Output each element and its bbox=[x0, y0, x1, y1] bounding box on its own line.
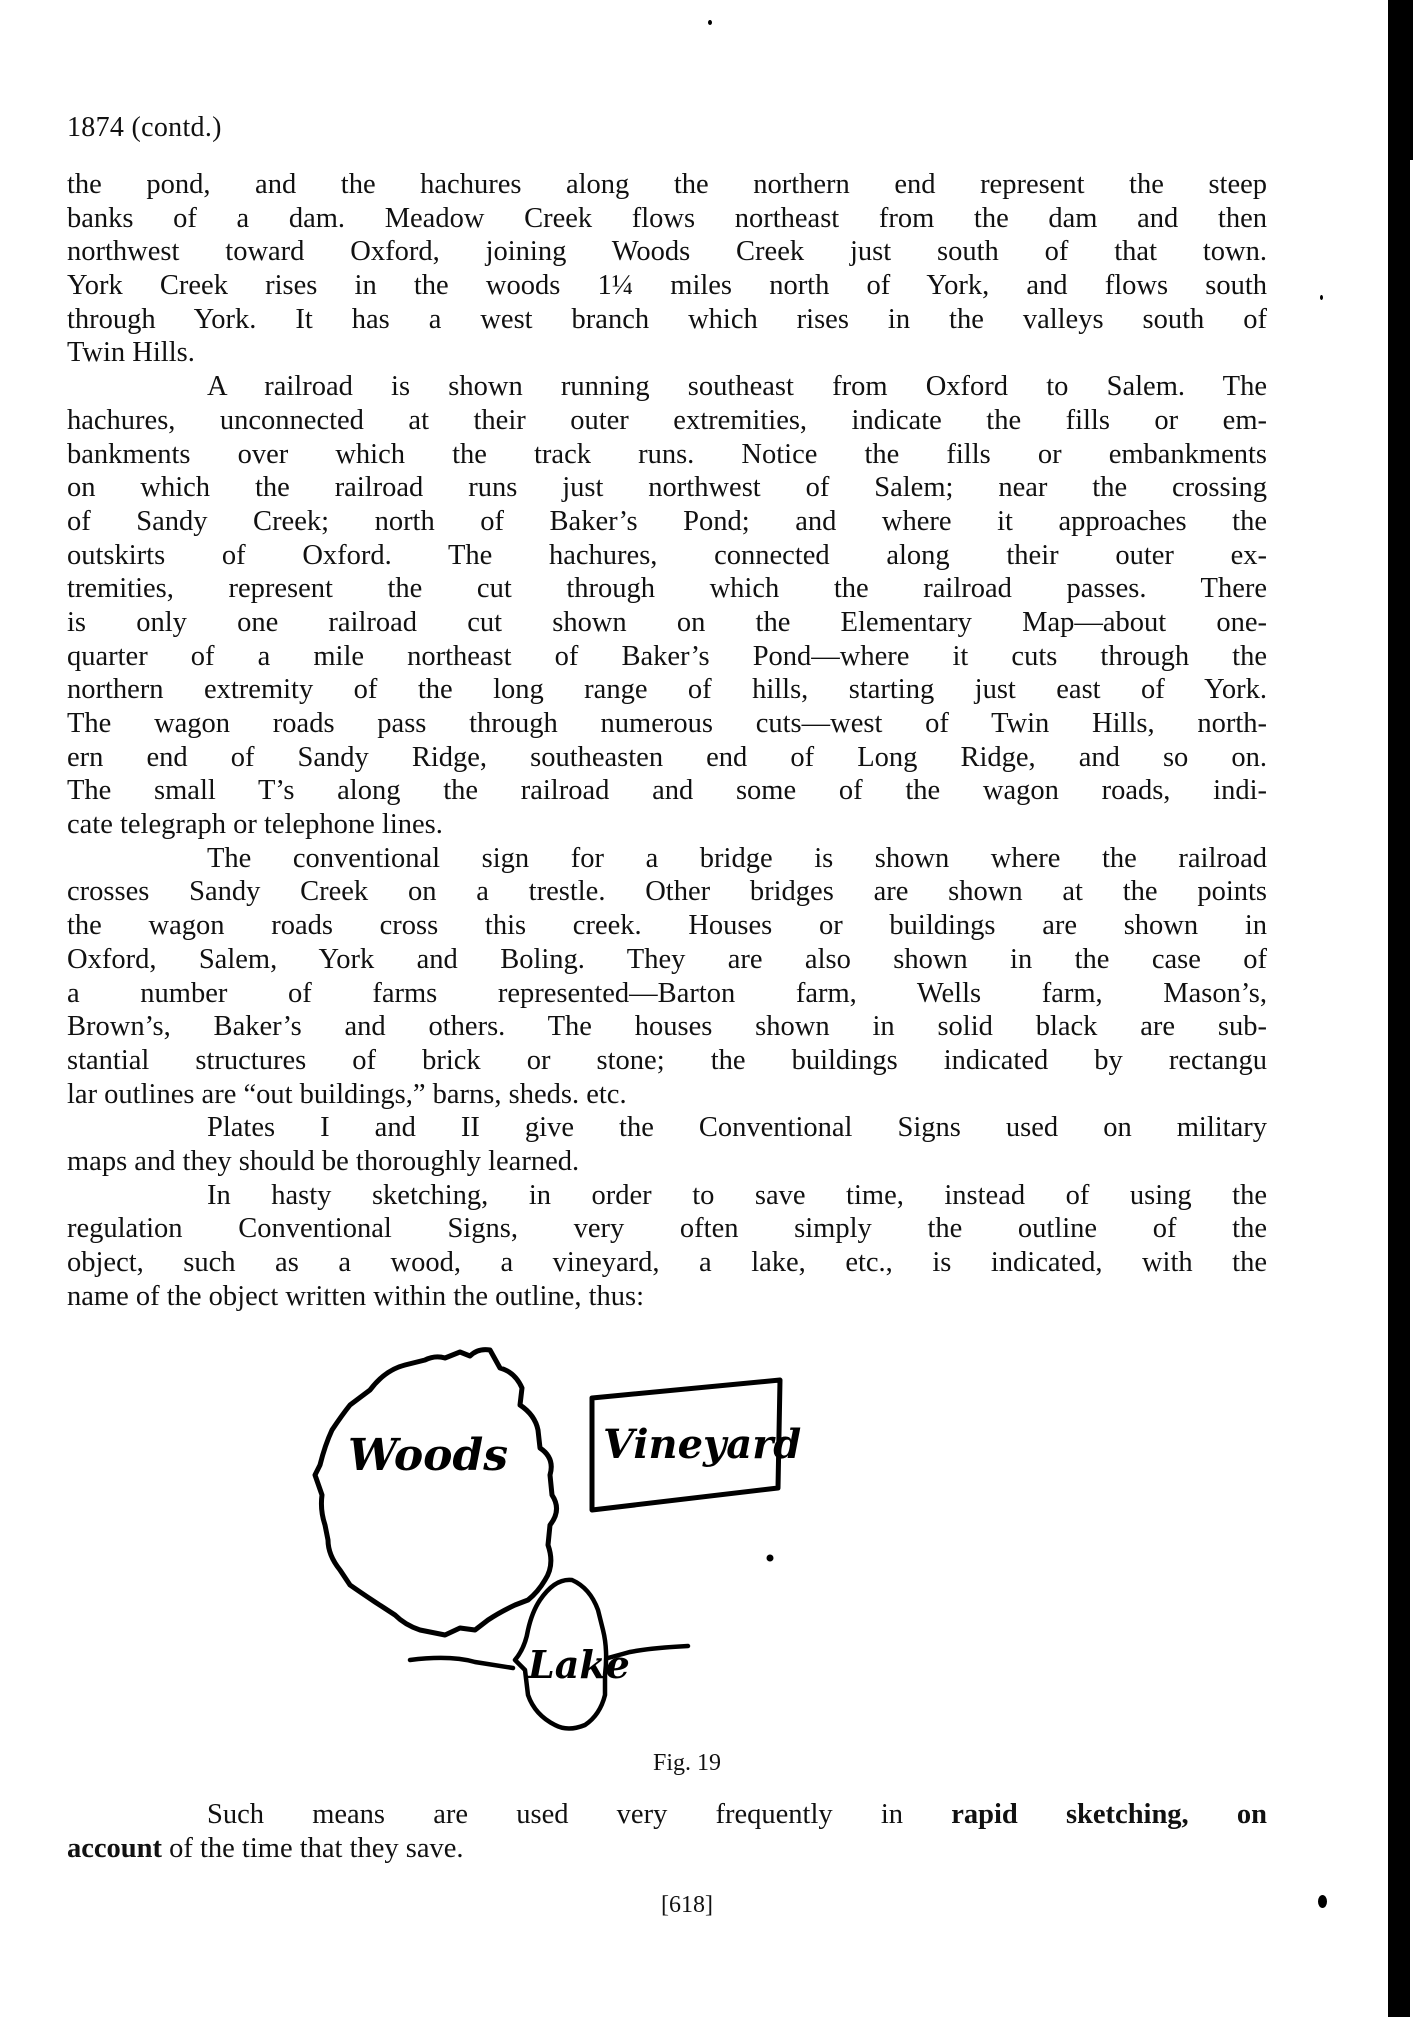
text-line: quarter of a mile northeast of Baker’s P… bbox=[67, 640, 1267, 674]
text-line: outskirts of Oxford. The hachures, conne… bbox=[67, 539, 1267, 573]
page-number-text: [618] bbox=[661, 1892, 713, 1918]
scan-edge-shadow-top bbox=[1403, 0, 1413, 160]
text-line: maps and they should be thoroughly learn… bbox=[67, 1145, 1267, 1179]
body-text: the pond, and the hachures along the nor… bbox=[67, 168, 1267, 1313]
text-line: banks of a dam. Meadow Creek flows north… bbox=[67, 202, 1267, 236]
text-line: northwest toward Oxford, joining Woods C… bbox=[67, 235, 1267, 269]
text-line: stantial structures of brick or stone; t… bbox=[67, 1044, 1267, 1078]
text-line: Oxford, Salem, York and Boling. They are… bbox=[67, 943, 1267, 977]
lake-label: Lake bbox=[527, 1642, 630, 1687]
text-line: Brown’s, Baker’s and others. The houses … bbox=[67, 1010, 1267, 1044]
text-line: Twin Hills. bbox=[67, 336, 1267, 370]
text-line: crosses Sandy Creek on a trestle. Other … bbox=[67, 875, 1267, 909]
scan-speck bbox=[1320, 295, 1323, 300]
woods-label: Woods bbox=[348, 1430, 508, 1481]
section-header: 1874 (contd.) bbox=[67, 112, 222, 144]
document-page: 1874 (contd.) the pond, and the hachures… bbox=[0, 0, 1424, 2017]
text-line: name of the object written within the ou… bbox=[67, 1280, 1267, 1314]
closing-line-2-bold: account bbox=[67, 1833, 162, 1864]
text-line: cate telegraph or telephone lines. bbox=[67, 808, 1267, 842]
text-line: through York. It has a west branch which… bbox=[67, 303, 1267, 337]
text-line: tremities, represent the cut through whi… bbox=[67, 572, 1267, 606]
figure-19-sketch: Woods Vineyard Lake bbox=[300, 1330, 1100, 1760]
text-line: The small T’s along the railroad and som… bbox=[67, 774, 1267, 808]
scan-speck bbox=[708, 20, 712, 25]
text-line: York Creek rises in the woods 1¼ miles n… bbox=[67, 269, 1267, 303]
text-line: on which the railroad runs just northwes… bbox=[67, 471, 1267, 505]
text-line: Plates I and II give the Conventional Si… bbox=[67, 1111, 1267, 1145]
text-line: bankments over which the track runs. Not… bbox=[67, 438, 1267, 472]
woods-outline-icon bbox=[315, 1350, 557, 1635]
figure-caption-text: Fig. 19 bbox=[653, 1750, 721, 1776]
closing-line-1: Such means are used very frequently in r… bbox=[67, 1798, 1267, 1832]
scan-edge-shadow bbox=[1388, 0, 1410, 2017]
text-line: The conventional sign for a bridge is sh… bbox=[67, 842, 1267, 876]
closing-line-2-plain: of the time that they save. bbox=[162, 1833, 464, 1864]
closing-paragraph: Such means are used very frequently in r… bbox=[67, 1798, 1267, 1865]
scan-speck bbox=[1318, 1895, 1327, 1908]
text-line: the wagon roads cross this creek. Houses… bbox=[67, 909, 1267, 943]
text-line: is only one railroad cut shown on the El… bbox=[67, 606, 1267, 640]
closing-line-1-plain: Such means are used very frequently in bbox=[207, 1799, 951, 1830]
text-line: a number of farms represented—Barton far… bbox=[67, 977, 1267, 1011]
text-line: ern end of Sandy Ridge, southeasten end … bbox=[67, 741, 1267, 775]
text-line: In hasty sketching, in order to save tim… bbox=[67, 1179, 1267, 1213]
text-line: regulation Conventional Signs, very ofte… bbox=[67, 1212, 1267, 1246]
text-line: of Sandy Creek; north of Baker’s Pond; a… bbox=[67, 505, 1267, 539]
text-line: hachures, unconnected at their outer ext… bbox=[67, 404, 1267, 438]
vineyard-label: Vineyard bbox=[603, 1421, 801, 1468]
figure-caption: Fig. 19 bbox=[0, 1750, 1424, 1777]
text-line: object, such as a wood, a vineyard, a la… bbox=[67, 1246, 1267, 1280]
text-line: The wagon roads pass through numerous cu… bbox=[67, 707, 1267, 741]
text-line: lar outlines are “out buildings,” barns,… bbox=[67, 1078, 1267, 1112]
text-line: northern extremity of the long range of … bbox=[67, 673, 1267, 707]
closing-line-2: account of the time that they save. bbox=[67, 1832, 1267, 1866]
text-line: A railroad is shown running southeast fr… bbox=[67, 370, 1267, 404]
closing-line-1-bold: rapid sketching, on bbox=[951, 1799, 1267, 1830]
speck-dot bbox=[767, 1555, 774, 1562]
page-number: [618] bbox=[0, 1892, 1424, 1919]
text-line: the pond, and the hachures along the nor… bbox=[67, 168, 1267, 202]
